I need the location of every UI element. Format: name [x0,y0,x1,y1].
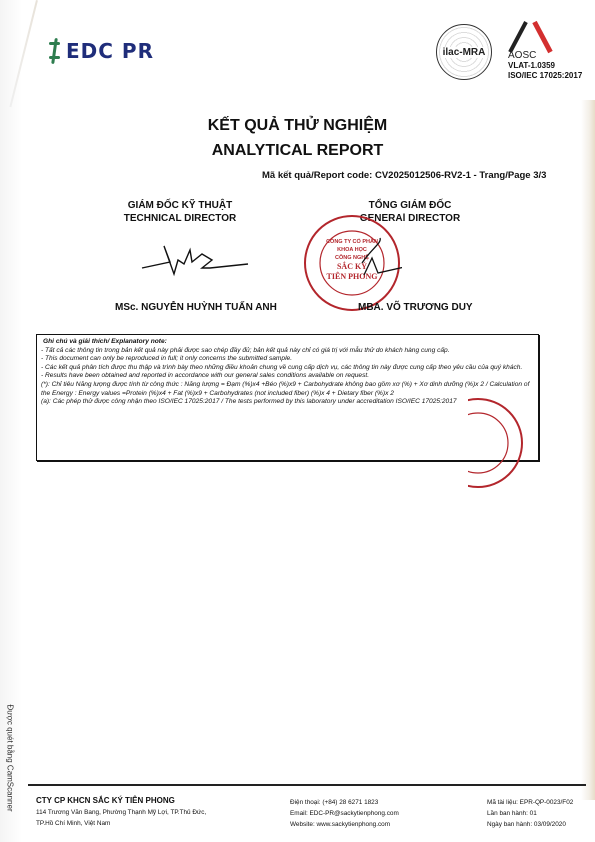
footer-company: CTY CP KHCN SẮC KÝ TIÊN PHONG 114 Trương… [36,795,206,829]
accreditation-code: VLAT-1.0359 [508,61,588,71]
molecule-icon [48,36,62,66]
signature-left-icon [140,240,250,280]
stamp-line1: CÔNG TY CỔ PHẦN [326,237,378,245]
email-link[interactable]: Email: EDC-PR@sackytienphong.com [290,808,399,819]
role-en: TECHNICAL DIRECTOR [110,212,250,225]
address-line2: TP.Hồ Chí Minh, Việt Nam [36,818,206,829]
page-stamp-icon [468,398,538,488]
accreditation-standard: ISO/IEC 17025:2017 [508,71,588,81]
edc-pr-logo: EDC PR [48,36,154,66]
note-line: - Các kết quả phân tích được thu thập và… [41,364,534,373]
ilac-mra-icon: ilac-MRA [436,24,492,80]
phone: Điện thoại: (+84) 28 6271 1823 [290,797,399,808]
issue-date: Ngày ban hành: 03/09/2020 [487,819,573,830]
explanatory-note: Ghi chú và giải thích/ Explanatory note:… [36,334,539,461]
note-heading: Ghi chú và giải thích/ Explanatory note: [41,338,534,347]
role-vn: TỔNG GIÁM ĐỐC [340,199,480,212]
company-stamp-icon: CÔNG TY CỔ PHẦN KHOA HỌC CÔNG NGHỆ SẮC K… [302,213,402,313]
page-title-en: ANALYTICAL REPORT [0,142,595,160]
note-line: - Tất cả các thông tin trong bản kết quả… [41,347,534,356]
technical-director-name: MSc. NGUYỄN HUỲNH TUẤN ANH [115,302,277,313]
website-link[interactable]: Website: www.sackytienphong.com [290,819,399,830]
footer-divider [28,784,586,786]
accreditation-logos: ilac-MRA AOSC VLAT-1.0359 ISO/IEC 17025:… [436,20,586,90]
company-name: CTY CP KHCN SẮC KÝ TIÊN PHONG [36,795,206,807]
stamp-line2: KHOA HỌC [337,247,367,253]
note-line: (a): Các phép thử được công nhận theo IS… [41,398,534,407]
scan-edge-right [581,100,595,800]
note-line: - This document can only be reproduced i… [41,355,534,364]
aosc-icon [514,20,558,54]
ilac-label: ilac-MRA [442,47,487,58]
role-vn: GIÁM ĐỐC KỸ THUẬT [110,199,250,212]
stamp-line5: TIÊN PHONG [327,271,378,281]
report-code: Mã kết quả/Report code: CV2025012506-RV2… [262,170,546,181]
note-line: (*): Chỉ tiêu Năng lượng được tính từ cô… [41,381,534,398]
logo-text: EDC PR [66,39,154,63]
aosc-logo: AOSC VLAT-1.0359 ISO/IEC 17025:2017 [508,20,588,81]
general-director-name: MBA. VÕ TRƯƠNG DUY [358,302,473,313]
issue-number: Lần ban hành: 01 [487,808,573,819]
footer-contact: Điện thoại: (+84) 28 6271 1823 Email: ED… [290,797,399,830]
note-line: - Results have been obtained and reporte… [41,372,534,381]
technical-director-block: GIÁM ĐỐC KỸ THUẬT TECHNICAL DIRECTOR [110,199,250,225]
camscanner-watermark: Được quét bằng CamScanner [6,705,15,825]
footer-doc-info: Mã tài liệu: EPR-QP-0023/F02 Lần ban hàn… [487,797,573,830]
page-title-vn: KẾT QUẢ THỬ NGHIỆM [0,117,595,135]
address-line1: 114 Trương Văn Bang, Phường Thạnh Mỹ Lợi… [36,807,206,818]
doc-code: Mã tài liệu: EPR-QP-0023/F02 [487,797,573,808]
